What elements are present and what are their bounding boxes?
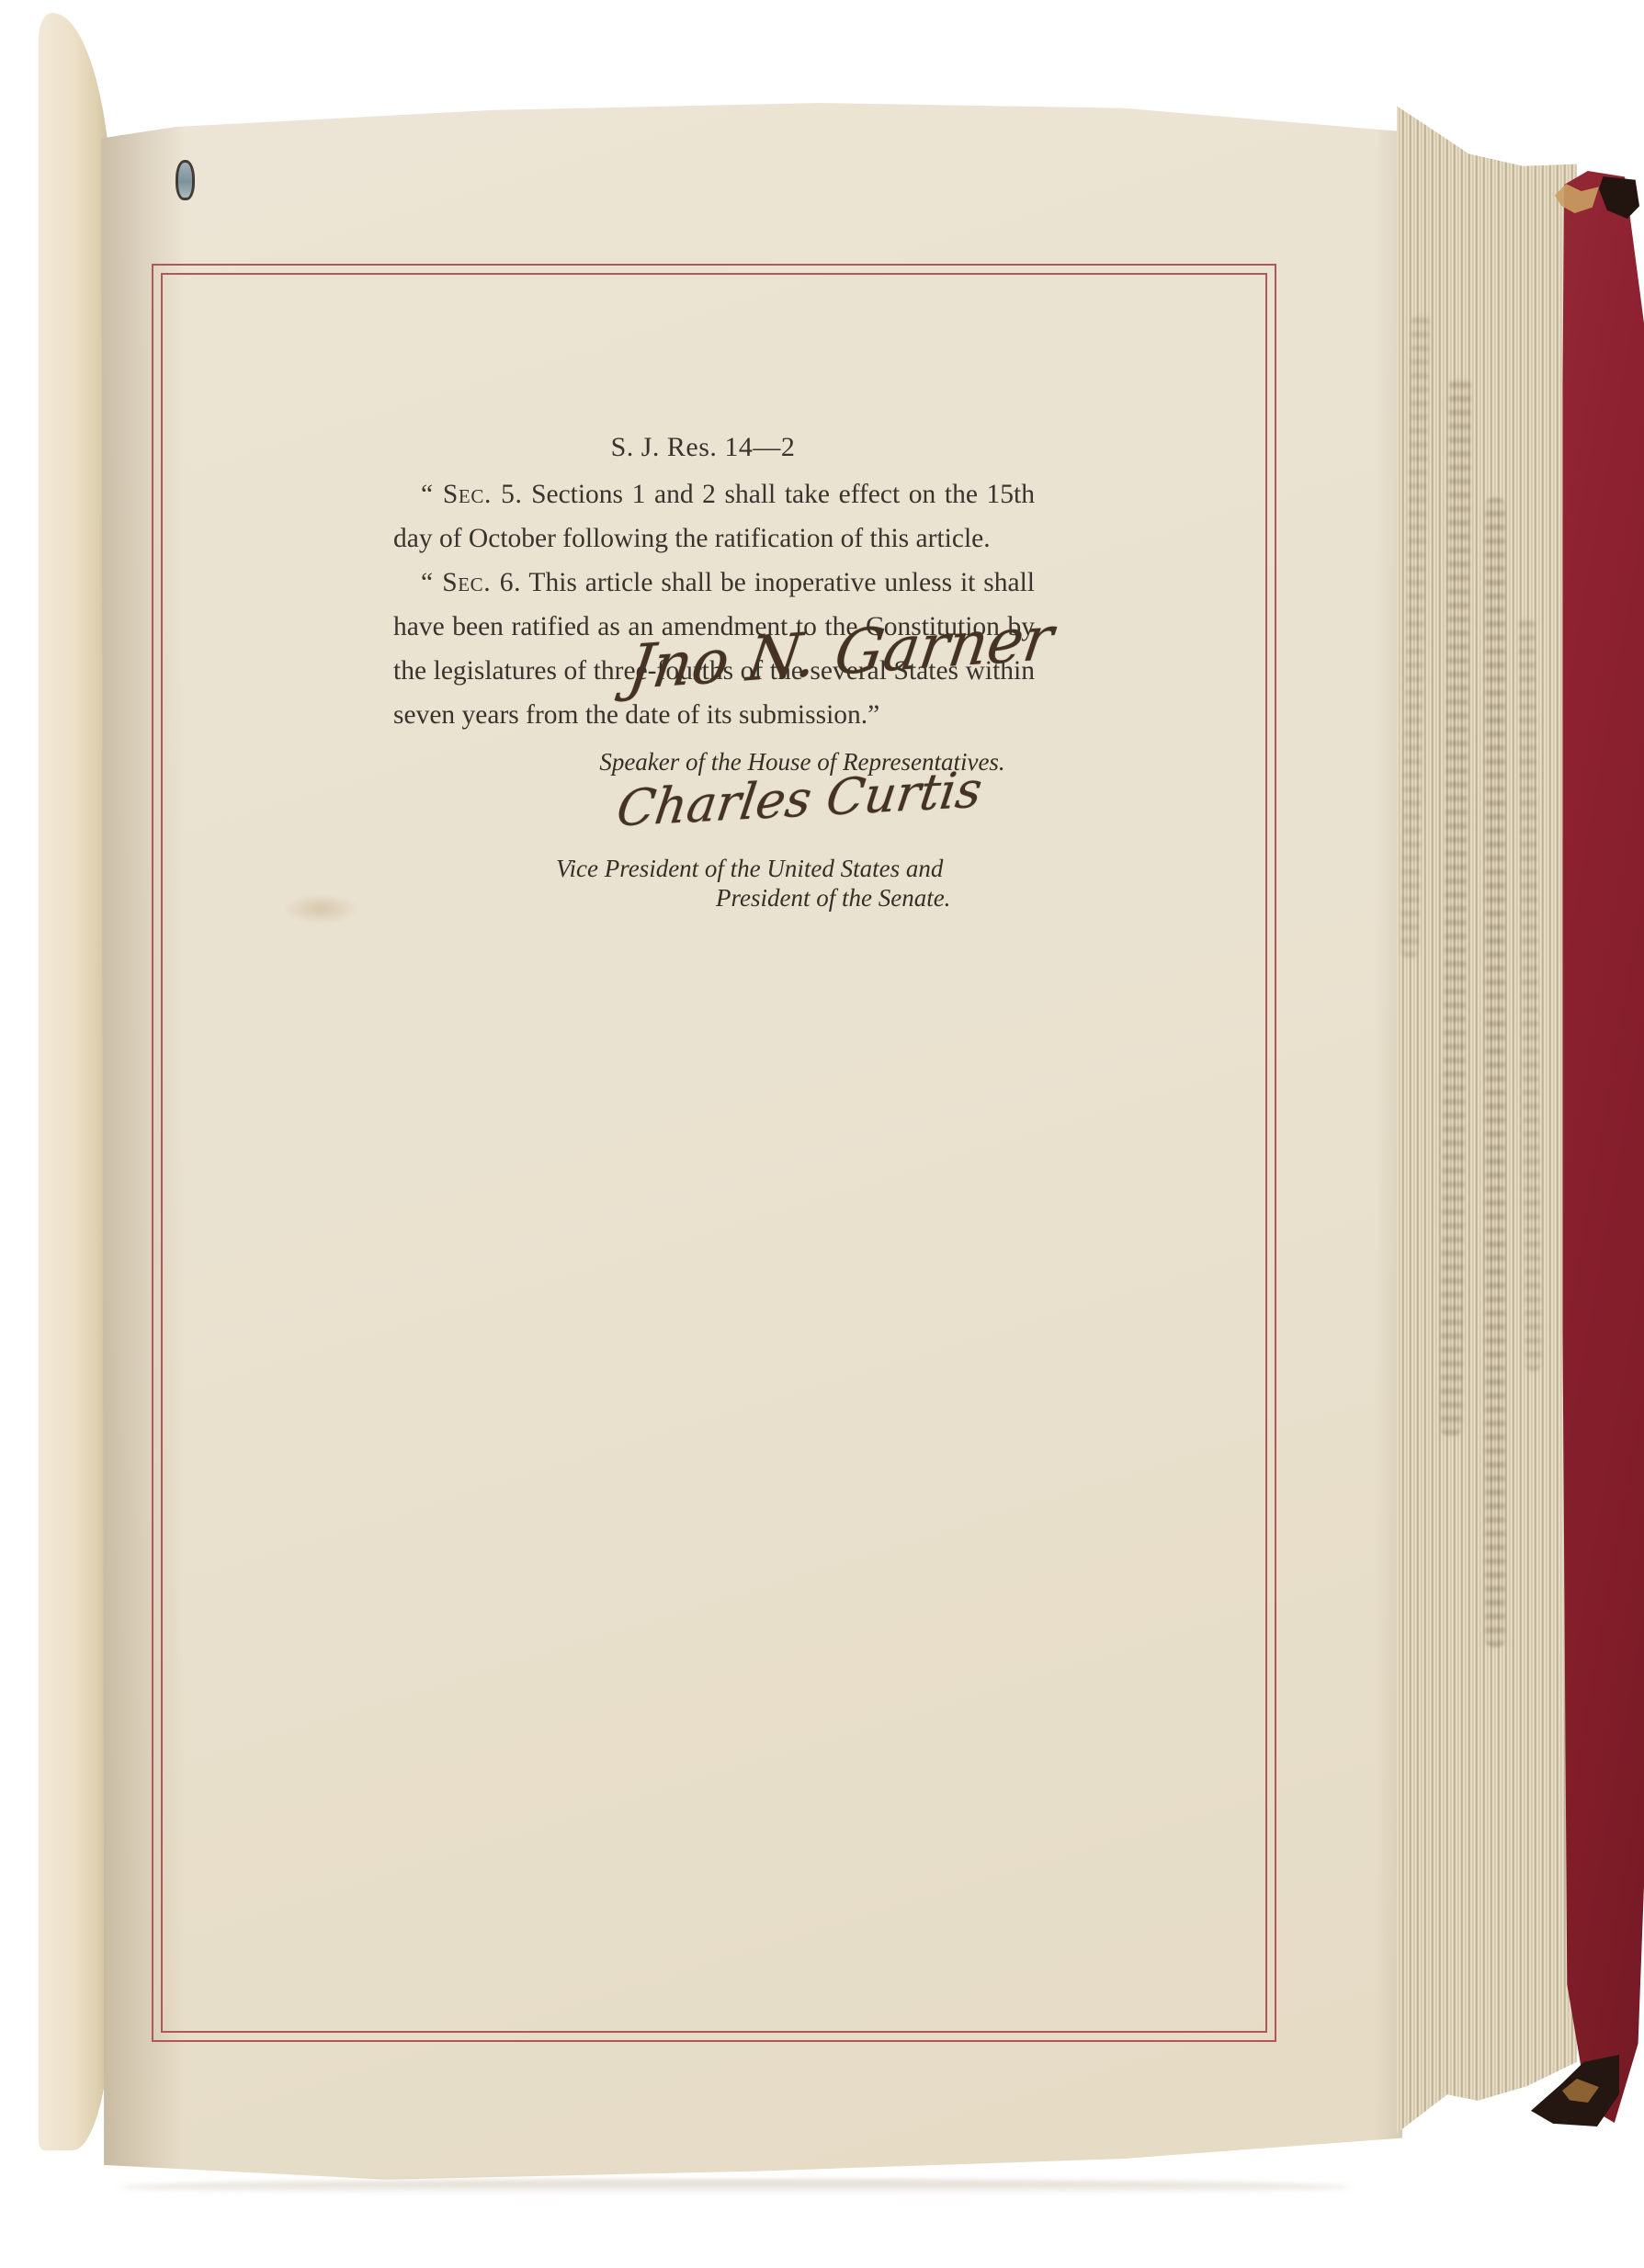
paragraph-sec5: “ Sec. 5. Sections 1 and 2 shall take ef… xyxy=(393,472,1035,561)
stack-imprint-smudge xyxy=(1440,379,1471,1435)
section-5-lead: “ Sec. 5. xyxy=(421,480,522,509)
stack-imprint-smudge xyxy=(1518,618,1541,1371)
vp-caption-line-2: President of the Senate. xyxy=(716,884,950,913)
stack-imprint-smudge xyxy=(1400,314,1430,958)
lifted-page-edge xyxy=(39,13,112,2150)
page-tab-marker xyxy=(176,160,195,200)
page-bottom-shadow xyxy=(119,2180,1351,2194)
document-page: S. J. Res. 14—2 “ Sec. 5. Sections 1 and… xyxy=(97,103,1412,2182)
doc-number-heading: S. J. Res. 14—2 xyxy=(381,432,1025,463)
fore-edge-page-stack xyxy=(1397,103,1577,2139)
section-6-lead: “ Sec. 6. xyxy=(421,568,521,597)
book-photo: S. J. Res. 14—2 “ Sec. 5. Sections 1 and… xyxy=(0,0,1644,2268)
stack-imprint-smudge xyxy=(1485,498,1505,1647)
vp-caption-line-1: Vice President of the United States and xyxy=(556,855,943,883)
page-stain xyxy=(281,893,360,924)
